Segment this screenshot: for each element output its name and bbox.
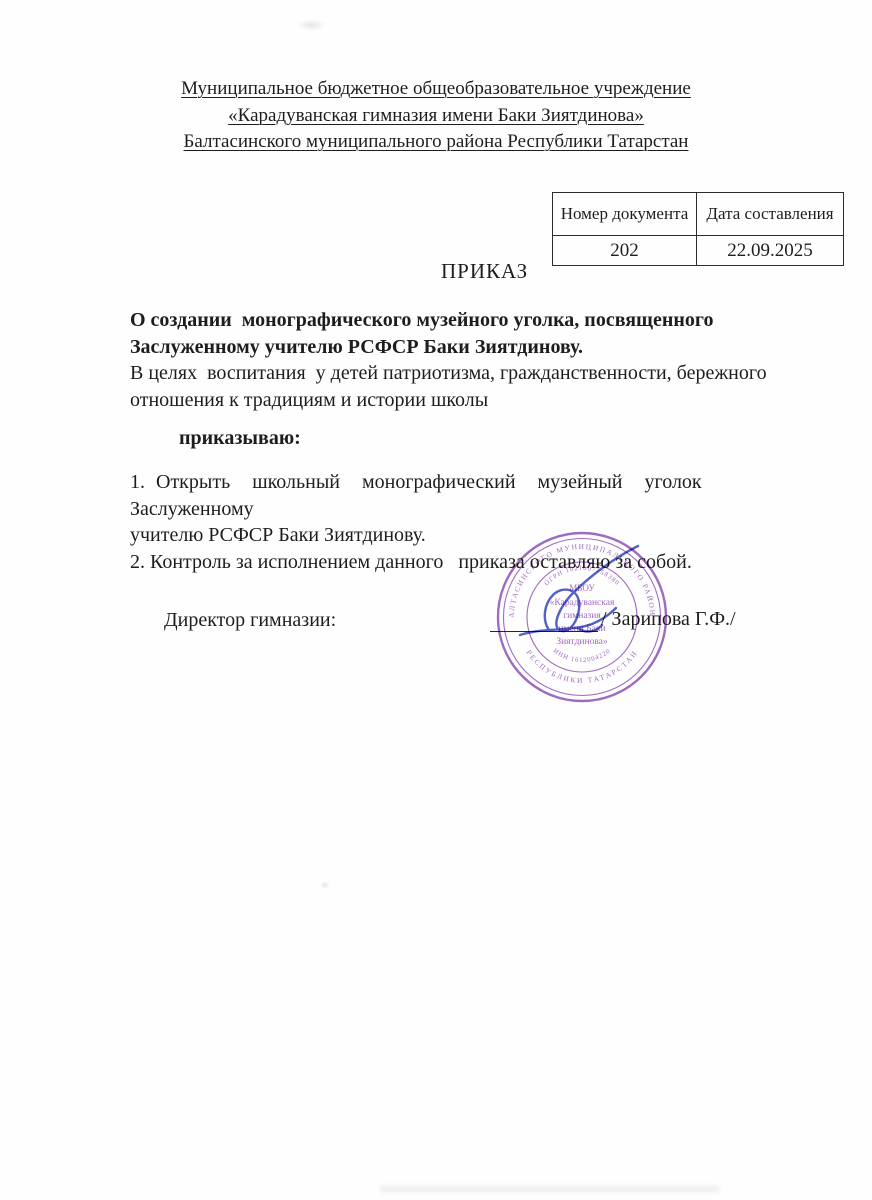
org-header-line-3: Балтасинского муниципального района Респ… — [0, 129, 872, 156]
director-label: Директор гимназии: — [164, 609, 336, 632]
order-title: ПРИКАЗ — [441, 259, 528, 284]
order-preamble-line-1: В целях воспитания у детей патриотизма, … — [130, 360, 830, 387]
scan-smudge — [380, 1186, 720, 1192]
resolution-word: приказываю: — [179, 427, 301, 450]
order-preamble: В целях воспитания у детей патриотизма, … — [130, 360, 830, 413]
table-value-row: 202 22.09.2025 — [553, 236, 844, 266]
order-item-2: 2. Контроль за исполнением данного прика… — [130, 549, 822, 576]
org-header-line-2: «Карадуванская гимназия имени Баки Зиятд… — [0, 103, 872, 130]
table-header-row: Номер документа Дата составления — [553, 193, 844, 236]
document-number-table: Номер документа Дата составления 202 22.… — [552, 192, 844, 266]
scanned-order-document: Муниципальное бюджетное общеобразователь… — [0, 0, 872, 1200]
order-item-1-line-2: учителю РСФСР Баки Зиятдинову. — [130, 522, 822, 549]
order-preamble-line-2: отношения к традициям и истории школы — [130, 387, 830, 414]
document-number-value: 202 — [553, 236, 697, 266]
scan-speck — [296, 19, 326, 31]
document-date-value: 22.09.2025 — [697, 236, 844, 266]
order-item-1-line-1: 1. Открыть школьный монографический музе… — [130, 469, 822, 522]
org-header: Муниципальное бюджетное общеобразователь… — [0, 76, 872, 156]
order-subject-line-2: Заслуженному учителю РСФСР Баки Зиятдино… — [130, 334, 830, 361]
org-header-line-1: Муниципальное бюджетное общеобразователь… — [0, 76, 872, 103]
order-items: 1. Открыть школьный монографический музе… — [130, 469, 822, 575]
order-subject-line-1: О создании монографического музейного уг… — [130, 307, 830, 334]
handwritten-signature — [492, 538, 648, 656]
scan-speck — [320, 881, 330, 889]
table-header-number: Номер документа — [553, 193, 697, 236]
table-header-date: Дата составления — [697, 193, 844, 236]
order-subject: О создании монографического музейного уг… — [130, 307, 830, 360]
